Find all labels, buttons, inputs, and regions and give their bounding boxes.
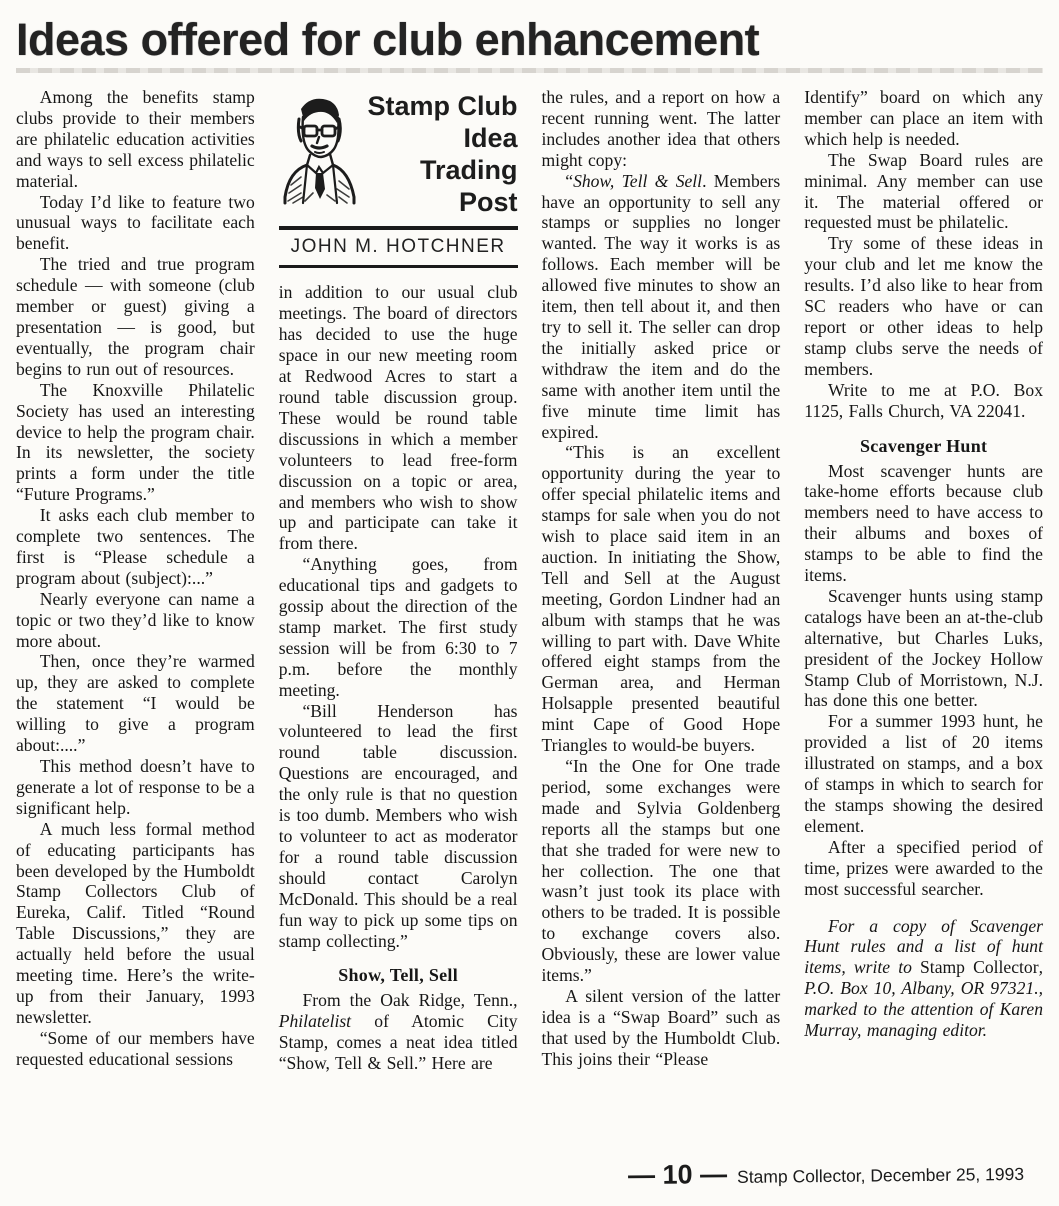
paragraph: “Anything goes, from educational tips an… bbox=[279, 554, 518, 700]
paragraph: “Some of our members have requested educ… bbox=[16, 1028, 255, 1070]
logo-line: Stamp Club bbox=[359, 91, 518, 123]
paragraph: Today I’d like to feature two unusual wa… bbox=[16, 192, 255, 255]
paragraph: Try some of these ideas in your club and… bbox=[804, 233, 1043, 379]
paragraph: Most scavenger hunts are take-home effor… bbox=[804, 461, 1043, 586]
page-number: — 10 — bbox=[628, 1159, 727, 1191]
paragraph: “Bill Henderson has volunteered to lead … bbox=[279, 701, 518, 952]
paragraph: It asks each club member to complete two… bbox=[16, 505, 255, 589]
paragraph: Write to me at P.O. Box 1125, Falls Chur… bbox=[804, 380, 1043, 422]
masthead-logo-row: Stamp Club Idea Trading Post bbox=[279, 89, 518, 218]
paragraph: For a summer 1993 hunt, he provided a li… bbox=[804, 711, 1043, 836]
paragraph: the rules, and a report on how a recent … bbox=[542, 87, 781, 171]
paragraph: Identify” board on which any member can … bbox=[804, 87, 1043, 150]
paragraph: This method doesn’t have to generate a l… bbox=[16, 756, 255, 819]
paragraph: Scavenger hunts using stamp catalogs hav… bbox=[804, 586, 1043, 711]
publication-name-segment: Stamp Collector bbox=[920, 957, 1039, 977]
paragraph: The Swap Board rules are minimal. Any me… bbox=[804, 150, 1043, 234]
paragraph: “This is an excellent opportunity during… bbox=[542, 442, 781, 756]
italic-title-segment: Philatelist bbox=[279, 1011, 351, 1031]
section-heading-show-tell-sell: Show, Tell, Sell bbox=[279, 965, 518, 986]
paragraph: The tried and true program schedule — wi… bbox=[16, 254, 255, 379]
column-logo-title: Stamp Club Idea Trading Post bbox=[359, 89, 518, 218]
paragraph: A silent version of the latter idea is a… bbox=[542, 986, 781, 1070]
logo-line: Trading bbox=[359, 155, 518, 187]
paragraph: “In the One for One trade period, some e… bbox=[542, 756, 781, 986]
column-masthead: Stamp Club Idea Trading Post JOHN M. HOT… bbox=[279, 89, 518, 268]
newspaper-page: Ideas offered for club enhancement Among… bbox=[0, 0, 1059, 1206]
logo-line: Post bbox=[359, 187, 518, 219]
masthead-rule-bottom bbox=[279, 265, 518, 268]
screening-artifact-divider bbox=[16, 68, 1043, 73]
publication-dateline: Stamp Collector, December 25, 1993 bbox=[737, 1164, 1024, 1188]
text-segment: From the Oak Ridge, Tenn., bbox=[303, 990, 518, 1010]
paragraph: “Show, Tell & Sell. Members have an oppo… bbox=[542, 171, 781, 443]
italic-title-segment: Show, Tell & Sell bbox=[573, 171, 702, 191]
article-columns: Among the benefits stamp clubs provide t… bbox=[14, 87, 1045, 1074]
column-1: Among the benefits stamp clubs provide t… bbox=[16, 87, 255, 1074]
columnist-portrait-illustration bbox=[279, 93, 359, 210]
paragraph: Among the benefits stamp clubs provide t… bbox=[16, 87, 255, 192]
paragraph: Then, once they’re warmed up, they are a… bbox=[16, 651, 255, 756]
paragraph: The Knoxville Philatelic Society has use… bbox=[16, 380, 255, 505]
byline-author: JOHN M. HOTCHNER bbox=[279, 236, 518, 258]
text-segment: . Members have an opportunity to sell an… bbox=[542, 171, 781, 442]
column-3: the rules, and a report on how a recent … bbox=[542, 87, 781, 1074]
paragraph: Nearly everyone can name a topic or two … bbox=[16, 589, 255, 652]
page-footer: — 10 — Stamp Collector, December 25, 199… bbox=[628, 1156, 1024, 1191]
paragraph: From the Oak Ridge, Tenn., Philatelist o… bbox=[279, 990, 518, 1074]
masthead-rule-top bbox=[279, 226, 518, 230]
column-2: Stamp Club Idea Trading Post JOHN M. HOT… bbox=[279, 87, 518, 1074]
paragraph: in addition to our usual club meetings. … bbox=[279, 282, 518, 554]
text-segment: “ bbox=[565, 171, 573, 191]
paragraph: A much less formal method of educating p… bbox=[16, 819, 255, 1028]
section-heading-scavenger-hunt: Scavenger Hunt bbox=[804, 436, 1043, 457]
paragraph: After a specified period of time, prizes… bbox=[804, 837, 1043, 900]
column-4: Identify” board on which any member can … bbox=[804, 87, 1043, 1074]
logo-line: Idea bbox=[359, 123, 518, 155]
article-headline: Ideas offered for club enhancement bbox=[16, 14, 1045, 66]
editorial-note-paragraph: For a copy of Scavenger Hunt rules and a… bbox=[804, 916, 1043, 1041]
